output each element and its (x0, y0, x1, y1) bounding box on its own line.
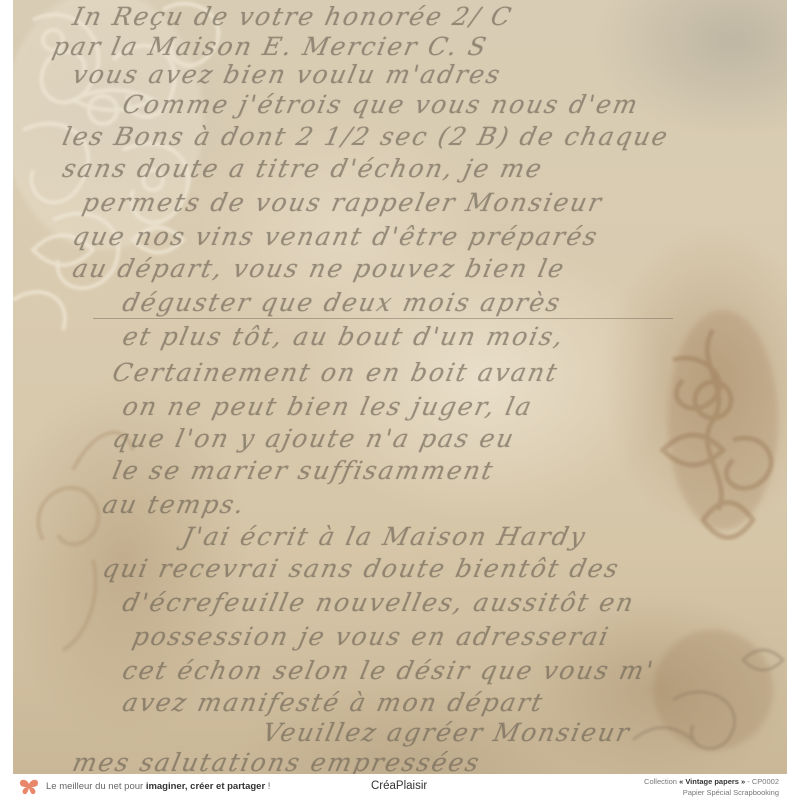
handwriting-line: les Bons à dont 2 1/2 sec (2 B) de chaqu… (60, 122, 672, 151)
handwriting-line: que nos vins venant d'être préparés (70, 222, 602, 251)
underline-rule (93, 318, 673, 319)
handwriting-line: possession je vous en adresserai (130, 622, 613, 651)
tagline-suffix: ! (265, 781, 270, 792)
handwriting-line: sans doute a titre d'échon, je me (60, 154, 546, 183)
tagline: Le meilleur du net pour imaginer, créer … (46, 781, 270, 792)
handwriting-line: In Reçu de votre honorée 2/ C (70, 2, 516, 31)
collection-subtitle: Papier Spécial Scrapbooking (644, 787, 779, 798)
handwriting-line: Veuillez agréer Monsieur (260, 718, 633, 747)
butterfly-icon (19, 779, 39, 795)
handwriting-line: mes salutations empressées (70, 748, 484, 774)
handwriting-line: et plus tôt, au bout d'un mois, (120, 322, 568, 351)
handwriting-line: on ne peut bien les juger, la (120, 392, 536, 421)
brand-name: CréaPlaisir (371, 780, 427, 792)
handwriting-line: d'écrefeuille nouvelles, aussitôt en (120, 588, 638, 617)
scrapbook-paper: In Reçu de votre honorée 2/ C par la Mai… (13, 0, 787, 774)
handwriting-line: cet échon selon le désir que vous m' (120, 656, 657, 685)
tagline-prefix: Le meilleur du net pour (46, 781, 146, 792)
handwriting-line: vous avez bien voulu m'adres (70, 60, 504, 89)
handwriting-line: avez manifesté à mon départ (120, 688, 547, 717)
footer-bar: Le meilleur du net pour imaginer, créer … (0, 774, 800, 800)
handwriting-line: qui recevrai sans doute bientôt des (100, 554, 623, 583)
collection-line: Collection « Vintage papers » - CP0002 (644, 776, 779, 787)
handwriting-line: J'ai écrit à la Maison Hardy (180, 522, 590, 551)
collection-code: - CP0002 (745, 777, 779, 786)
handwriting-line: Certainement on en boit avant (110, 358, 562, 387)
collection-info: Collection « Vintage papers » - CP0002 P… (644, 776, 779, 798)
handwritten-letter: In Reçu de votre honorée 2/ C par la Mai… (13, 0, 787, 774)
tagline-emphasis: imaginer, créer et partager (146, 781, 265, 792)
handwriting-line: Comme j'étrois que vous nous d'em (120, 90, 642, 119)
handwriting-line: que l'on y ajoute n'a pas eu (110, 424, 518, 453)
collection-name: « Vintage papers » (679, 777, 745, 786)
handwriting-line: par la Maison E. Mercier C. S (50, 32, 491, 61)
handwriting-line: le se marier suffisamment (110, 456, 497, 485)
handwriting-line: au départ, vous ne pouvez bien le (70, 254, 568, 283)
handwriting-line: permets de vous rappeler Monsieur (80, 188, 606, 217)
handwriting-line: au temps. (100, 490, 248, 519)
collection-label: Collection (644, 777, 679, 786)
handwriting-line: déguster que deux mois après (120, 288, 564, 317)
